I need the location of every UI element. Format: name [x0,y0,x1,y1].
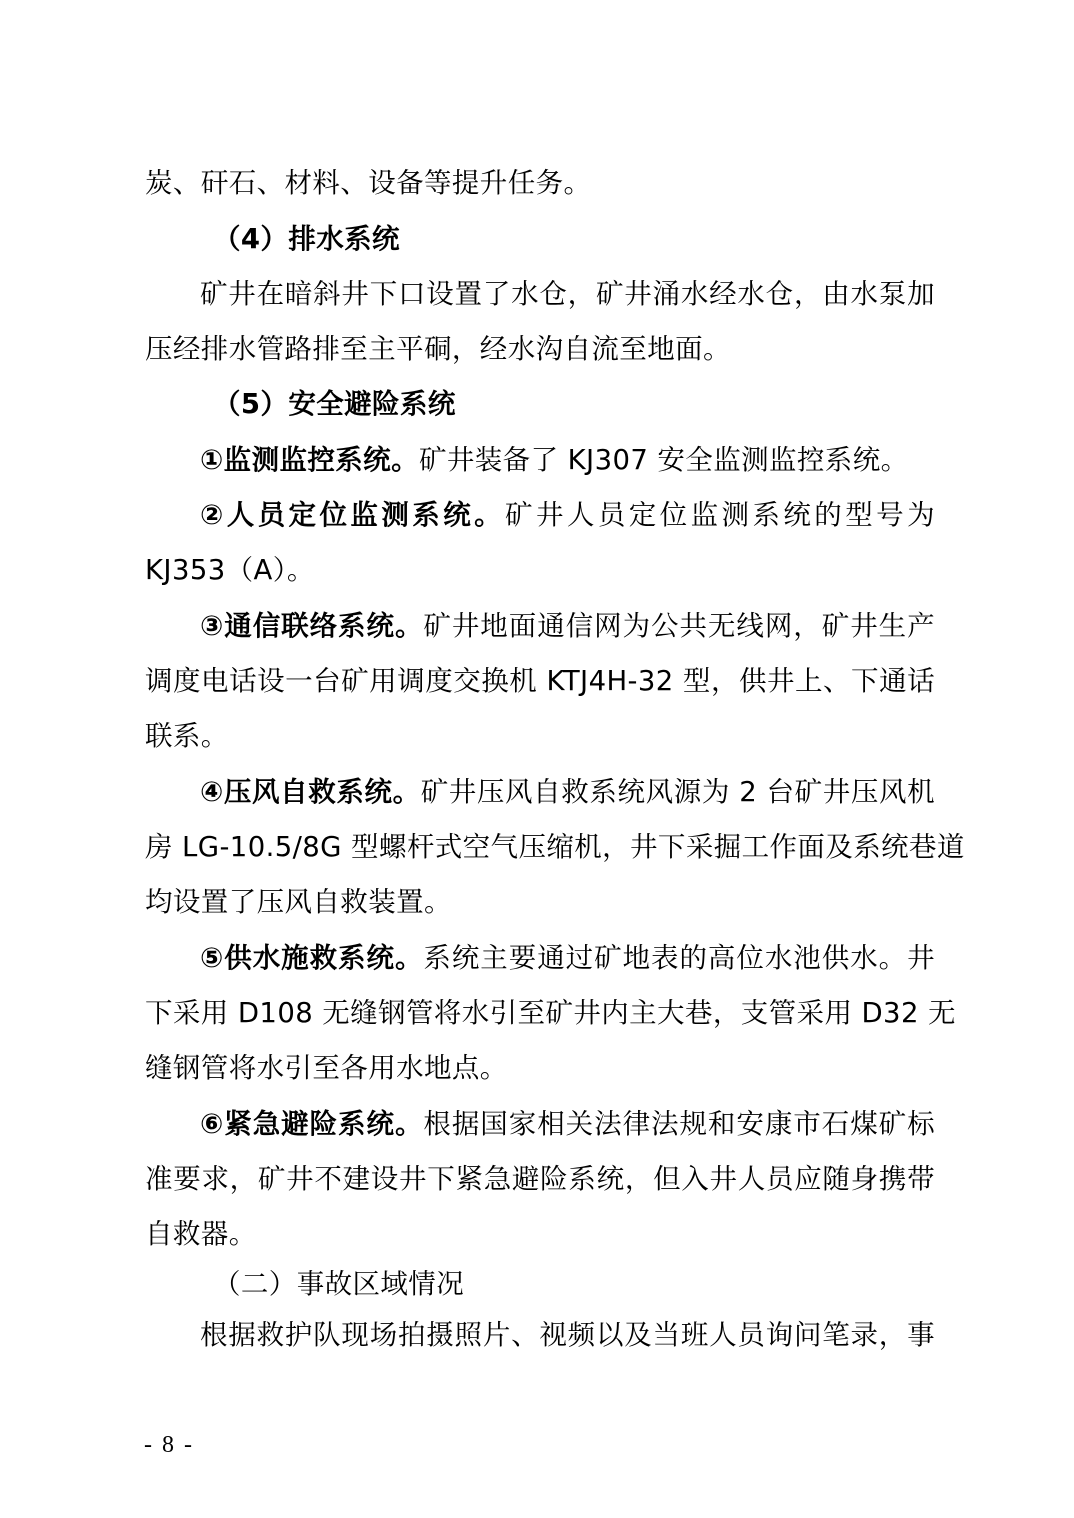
paragraph-line: 联系。 [145,718,945,754]
item-text: 矿井压风自救系统风源为 2 台矿井压风机 [421,776,935,808]
paragraph-line: 调度电话设一台矿用调度交换机 KTJ4H-32 型，供井上、下通话 [145,663,935,699]
item-text: 矿井地面通信网为公共无线网，矿井生产 [423,610,935,642]
page-number: - 8 - [144,1432,194,1459]
item-text: 矿井人员定位监测系统的型号为 [505,499,935,531]
paragraph-line: 自救器。 [145,1216,945,1252]
item-title-water-supply: ⑤供水施救系统。 [200,942,423,974]
paragraph-line: 根据救护队现场拍摄照片、视频以及当班人员询问笔录，事 [200,1317,935,1353]
paragraph-line: 准要求，矿井不建设井下紧急避险系统，但入井人员应随身携带 [145,1161,935,1197]
paragraph-line: 均设置了压风自救装置。 [145,884,945,920]
item-text: 矿井装备了 KJ307 安全监测监控系统。 [419,444,909,476]
item-title-compressed-air: ④压风自救系统。 [200,776,421,808]
item-title-positioning: ②人员定位监测系统。 [200,499,505,531]
paragraph-line: 房 LG-10.5/8G 型螺杆式空气压缩机，井下采掘工作面及系统巷道 [145,829,935,865]
section-heading-accident-area: （二）事故区域情况 [213,1266,1013,1302]
item-title-monitoring: ①监测监控系统。 [200,444,419,476]
section-heading-drainage: （4）排水系统 [213,221,1013,257]
paragraph-line: 下采用 D108 无缝钢管将水引至矿井内主大巷，支管采用 D32 无 [145,995,935,1031]
paragraph-line: KJ353（A）。 [145,552,945,588]
document-page: 炭、矸石、材料、设备等提升任务。 （4）排水系统 矿井在暗斜井下口设置了水仓，矿… [0,0,1074,1518]
item-title-emergency-refuge: ⑥紧急避险系统。 [200,1108,423,1140]
paragraph-line-monitoring: ①监测监控系统。矿井装备了 KJ307 安全监测监控系统。 [200,442,1000,478]
section-heading-safety: （5）安全避险系统 [213,386,1013,422]
paragraph-line: 矿井在暗斜井下口设置了水仓，矿井涌水经水仓，由水泵加 [200,276,935,312]
paragraph-line: 压经排水管路排至主平硐，经水沟自流至地面。 [145,331,945,367]
paragraph-line-emergency-refuge: ⑥紧急避险系统。根据国家相关法律法规和安康市石煤矿标 [200,1106,935,1142]
item-text: 根据国家相关法律法规和安康市石煤矿标 [423,1108,935,1140]
paragraph-line-positioning: ②人员定位监测系统。矿井人员定位监测系统的型号为 [200,497,935,533]
paragraph-line: 炭、矸石、材料、设备等提升任务。 [145,165,945,201]
item-title-communication: ③通信联络系统。 [200,610,423,642]
paragraph-line: 缝钢管将水引至各用水地点。 [145,1050,945,1086]
paragraph-line-compressed-air: ④压风自救系统。矿井压风自救系统风源为 2 台矿井压风机 [200,774,935,810]
item-text: 系统主要通过矿地表的高位水池供水。井 [423,942,935,974]
paragraph-line-water-supply: ⑤供水施救系统。系统主要通过矿地表的高位水池供水。井 [200,940,935,976]
paragraph-line-communication: ③通信联络系统。矿井地面通信网为公共无线网，矿井生产 [200,608,935,644]
